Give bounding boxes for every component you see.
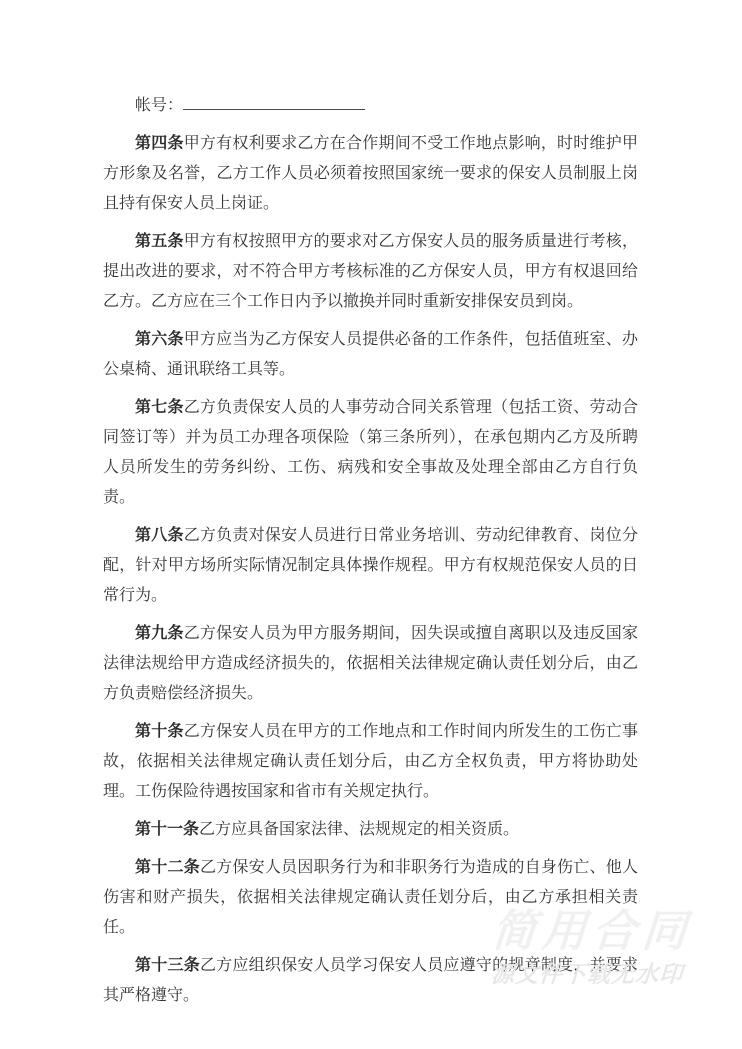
- clause-5: 第五条甲方有权按照甲方的要求对乙方保安人员的服务质量进行考核，提出改进的要求，对…: [103, 227, 638, 317]
- clause-10-number: 第十条: [135, 723, 184, 740]
- clause-5-text: 甲方有权按照甲方的要求对乙方保安人员的服务质量进行考核，提出改进的要求，对不符合…: [103, 233, 638, 310]
- clause-8-text: 乙方负责对保安人员进行日常业务培训、劳动纪律教育、岗位分配，针对甲方场所实际情况…: [103, 527, 638, 604]
- clause-12-number: 第十二条: [135, 859, 200, 876]
- contract-document-page: 帐号： 第四条甲方有权利要求乙方在合作期间不受工作地点影响，时时维护甲方形象及名…: [0, 0, 742, 1049]
- account-blank-field: [183, 95, 365, 110]
- clause-4-number: 第四条: [135, 135, 184, 152]
- clause-7: 第七条乙方负责保安人员的人事劳动合同关系管理（包括工资、劳动合同签订等）并为员工…: [103, 393, 638, 513]
- clause-9-number: 第九条: [135, 625, 184, 642]
- clause-4: 第四条甲方有权利要求乙方在合作期间不受工作地点影响，时时维护甲方形象及名誉，乙方…: [103, 129, 638, 219]
- clause-4-text: 甲方有权利要求乙方在合作期间不受工作地点影响，时时维护甲方形象及名誉，乙方工作人…: [103, 135, 638, 212]
- clause-6-number: 第六条: [135, 331, 184, 348]
- clause-12: 第十二条乙方保安人员因职务行为和非职务行为造成的自身伤亡、他人伤害和财产损失，依…: [103, 853, 638, 943]
- clause-7-number: 第七条: [135, 399, 184, 416]
- clause-8: 第八条乙方负责对保安人员进行日常业务培训、劳动纪律教育、岗位分配，针对甲方场所实…: [103, 521, 638, 611]
- document-body: 帐号： 第四条甲方有权利要求乙方在合作期间不受工作地点影响，时时维护甲方形象及名…: [103, 91, 638, 1019]
- clause-13: 第十三条乙方应组织保安人员学习保安人员应遵守的规章制度，并要求其严格遵守。: [103, 951, 638, 1011]
- clause-10: 第十条乙方保安人员在甲方的工作地点和工作时间内所发生的工伤亡事故，依据相关法律规…: [103, 717, 638, 807]
- account-number-line: 帐号：: [103, 91, 638, 121]
- clause-9-text: 乙方保安人员为甲方服务期间，因失误或擅自离职以及违反国家法律法规给甲方造成经济损…: [103, 625, 638, 702]
- clause-11-number: 第十一条: [135, 821, 199, 838]
- clause-11: 第十一条乙方应具备国家法律、法规规定的相关资质。: [103, 815, 638, 845]
- clause-10-text: 乙方保安人员在甲方的工作地点和工作时间内所发生的工伤亡事故，依据相关法律规定确认…: [103, 723, 638, 800]
- clause-11-text: 乙方应具备国家法律、法规规定的相关资质。: [199, 821, 519, 838]
- clause-8-number: 第八条: [135, 527, 184, 544]
- clause-7-text: 乙方负责保安人员的人事劳动合同关系管理（包括工资、劳动合同签订等）并为员工办理各…: [103, 399, 638, 506]
- clause-13-number: 第十三条: [135, 957, 200, 974]
- clause-6-text: 甲方应当为乙方保安人员提供必备的工作条件，包括值班室、办公桌椅、通讯联络工具等。: [103, 331, 638, 378]
- clause-6: 第六条甲方应当为乙方保安人员提供必备的工作条件，包括值班室、办公桌椅、通讯联络工…: [103, 325, 638, 385]
- clause-5-number: 第五条: [135, 233, 184, 250]
- account-label: 帐号：: [135, 97, 183, 114]
- clause-9: 第九条乙方保安人员为甲方服务期间，因失误或擅自离职以及违反国家法律法规给甲方造成…: [103, 619, 638, 709]
